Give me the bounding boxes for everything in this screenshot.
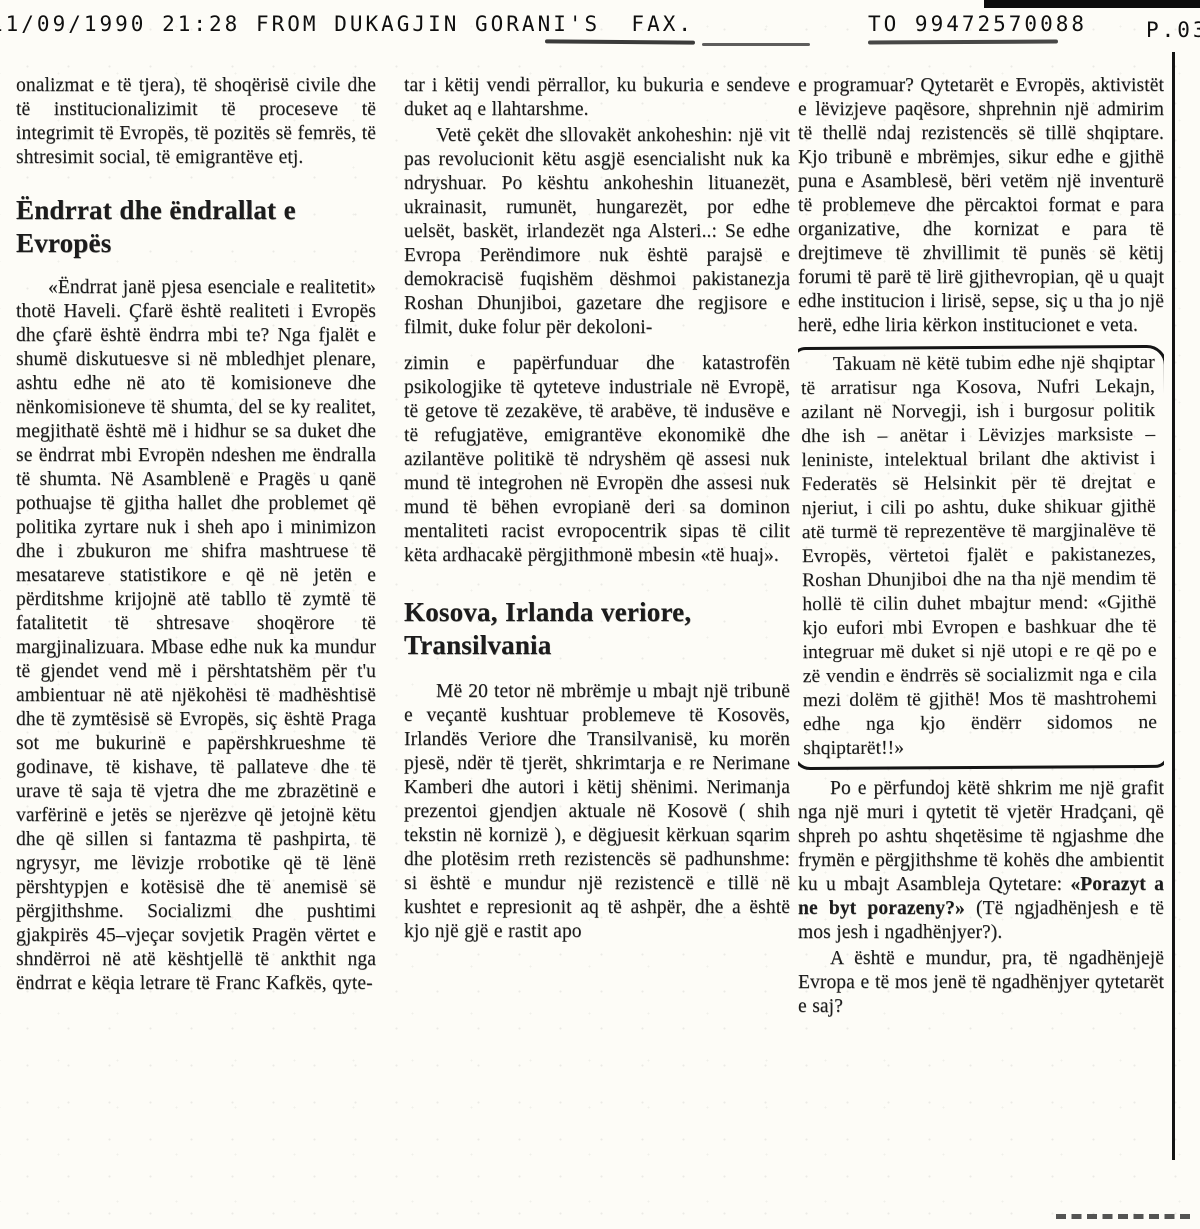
article-column-2: tar i këtij vendi përrallor, ku bukuria … (404, 74, 790, 1229)
column-separator-rule (1172, 52, 1175, 1160)
scan-smudge (545, 39, 695, 44)
fax-page-number: P.03 (1146, 18, 1200, 42)
paragraph-graffiti: Po e përfundoj këtë shkrim me një grafit… (798, 777, 1164, 945)
boxed-paragraph: Takuam në këtë tubim edhe një shqiptar t… (801, 351, 1157, 761)
scan-smudge (702, 43, 810, 46)
paragraph-complaints-continued: zimin e papërfunduar dhe katastrofën psi… (404, 352, 790, 568)
scan-smudge (868, 40, 1058, 45)
paragraph-closing: A është e mundur, pra, të ngadhënjejë Ev… (798, 947, 1164, 1019)
paragraph-continued: onalizmat e të tjera), të shoqërisë civi… (16, 74, 376, 170)
article-column-1: onalizmat e të tjera), të shoqërisë civi… (16, 74, 376, 1229)
paragraph-programmed: e programuar? Qytetarët e Evropës, aktiv… (798, 74, 1164, 338)
hand-drawn-box: Takuam në këtë tubim edhe një shqiptar t… (798, 345, 1164, 770)
section-heading-kosova: Kosova, Irlanda veriore, Transilvania (404, 596, 790, 662)
paragraph-dreams: «Ëndrrat janë pjesa esenciale e realitet… (16, 276, 376, 996)
fax-sender: FROM DUKAGJIN GORANI'S FAX. (256, 12, 694, 36)
fax-timestamp: 11/09/1990 21:28 (0, 12, 240, 36)
section-heading-dreams: Ëndrrat dhe ëndrallat e Evropës (16, 194, 376, 260)
article-column-3: e programuar? Qytetarët e Evropës, aktiv… (798, 74, 1164, 1229)
fax-page: 11/09/1990 21:28 FROM DUKAGJIN GORANI'S … (0, 0, 1200, 1229)
paragraph-continued: tar i këtij vendi përrallor, ku bukuria … (404, 74, 790, 122)
paragraph-complaints: Vetë çekët dhe sllovakët ankoheshin: një… (404, 124, 790, 340)
paragraph-tribune: Më 20 tetor në mbrëmje u mbajt një tribu… (404, 680, 790, 944)
scan-artifact-top-bar (984, 0, 1200, 8)
fax-recipient: TO 99472570088 (868, 12, 1087, 36)
